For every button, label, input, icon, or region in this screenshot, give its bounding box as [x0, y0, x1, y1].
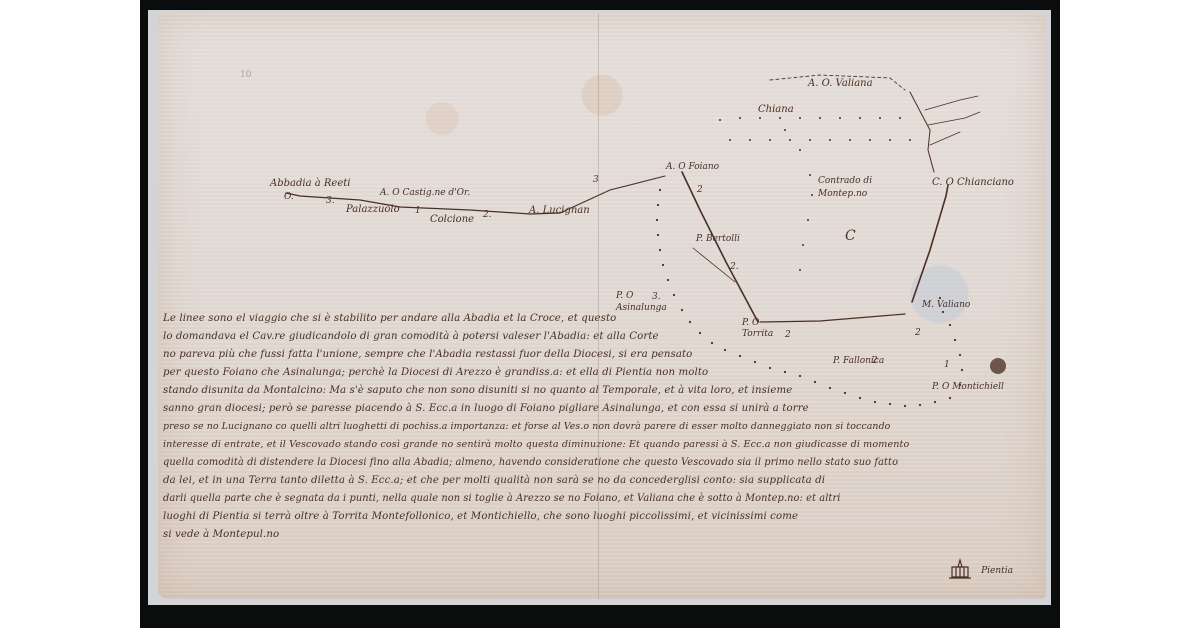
letter-line: interesse di entrate, et il Vescovado st… — [163, 439, 909, 450]
distance-label: 3 — [593, 175, 599, 185]
place-label-palazzuolo: Palazzuolo — [346, 204, 400, 215]
distance-label: 2 — [872, 356, 878, 366]
place-label-contrada: Contrado di Montep.no — [818, 175, 878, 201]
letter-line: darli quella parte che è segnata da i pu… — [163, 493, 841, 504]
distance-label: 3. — [652, 292, 661, 302]
place-label-m-valiano: M. Valiano — [922, 300, 970, 310]
letter-line: no pareva più che fussi fatta l'unione, … — [163, 349, 692, 360]
letter-line: Le linee sono el viaggio che si è stabil… — [163, 313, 616, 324]
place-label-lucignano: A. Lucignan — [529, 205, 590, 216]
distance-label: 2. — [483, 210, 492, 220]
distance-label: 2 — [697, 185, 703, 195]
place-label-c: C — [845, 228, 856, 244]
letter-line: lo domandava el Cav.re giudicandolo di g… — [163, 331, 659, 342]
letter-line: per questo Foiano che Asinalunga; perchè… — [163, 367, 708, 378]
distance-label: 3. — [326, 196, 335, 206]
distance-label: 2. — [730, 262, 739, 272]
place-label-foiano: A. O Foiano — [666, 162, 719, 172]
letter-line: sanno gran diocesi; però se paresse piac… — [163, 403, 809, 414]
signature-text: Pientia — [981, 566, 1013, 576]
place-label-valiana: A. O. Valiana — [808, 78, 873, 89]
letter-line: quella comodità di distendere la Diocesi… — [163, 457, 898, 468]
letter-line: si vede à Montepul.no — [163, 529, 279, 540]
signature-block: Pientia — [948, 557, 1013, 579]
distance-label: 1 — [944, 360, 950, 370]
place-label-sinalunga: P. O Asinalunga — [616, 290, 656, 314]
letter-line: stando disunita da Montalcino: Ma s'è sa… — [163, 385, 792, 396]
church-icon — [948, 557, 972, 579]
letter-line: preso se no Lucignano co quelli altri lu… — [163, 421, 890, 432]
place-label-abbadia: Abbadia à Reeti — [270, 178, 350, 189]
place-label-castiglione: A. O Castig.ne d'Or. — [380, 188, 470, 198]
distance-label: 2 — [915, 328, 921, 338]
place-label-chiana: Chiana — [758, 104, 794, 115]
place-label-chianciano: C. O Chianciano — [932, 177, 1014, 188]
place-marker-abbadia: O. — [284, 192, 294, 202]
letter-line: luoghi di Pientia si terrà oltre à Torri… — [163, 511, 798, 522]
letter-line: da lei, et in una Terra tanto diletta à … — [163, 475, 825, 486]
distance-label: 1 — [415, 206, 421, 216]
distance-label: 2 — [785, 330, 791, 340]
place-label-montichiello: P. O Montichiell — [932, 382, 1004, 392]
place-label-torrita: P. O Torrita — [742, 318, 772, 340]
place-label-colcione: Colcione — [430, 214, 474, 225]
place-label-bertolli: P. Bertolli — [696, 234, 740, 244]
ink-blot — [990, 358, 1006, 374]
